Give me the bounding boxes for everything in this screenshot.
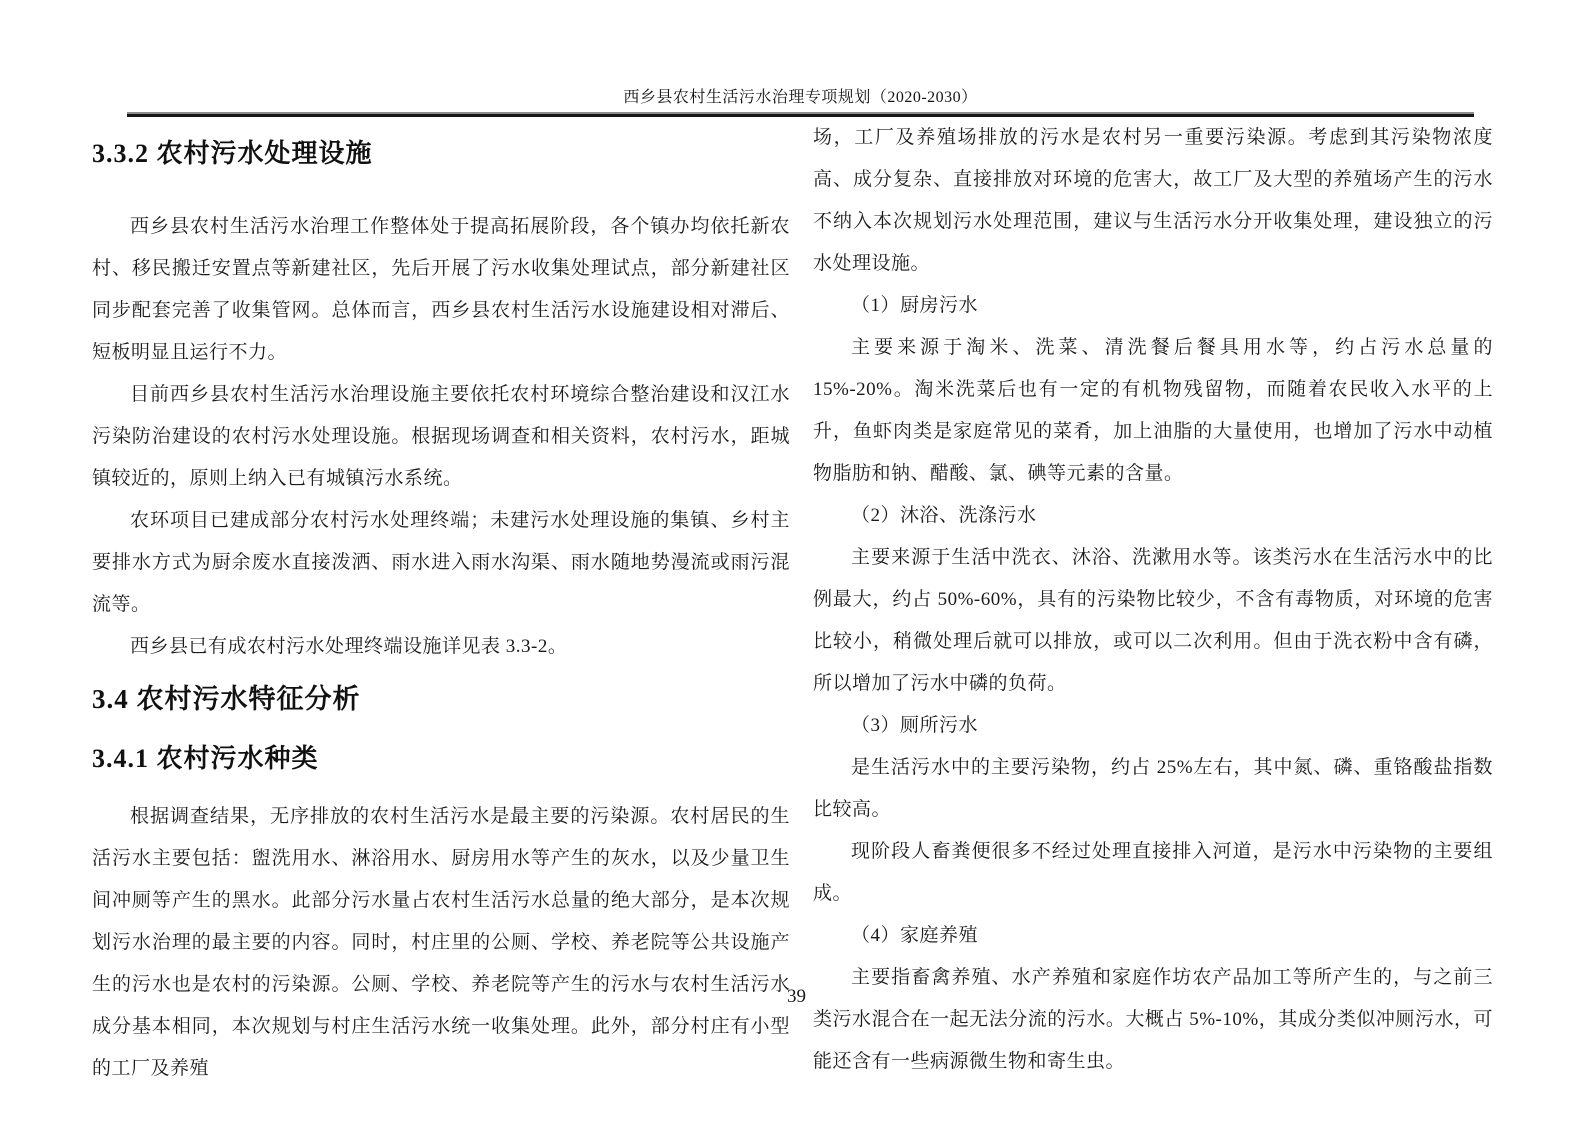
list-item-3-body-a: 是生活污水中的主要污染物，约占 25%左右，其中氮、磷、重铬酸盐指数比较高。 xyxy=(813,747,1493,831)
left-paragraph-4: 西乡县已有成农村污水处理终端设施详见表 3.3-2。 xyxy=(92,626,790,668)
list-item-1-title: （1）厨房污水 xyxy=(813,285,1493,327)
list-item-3-title: （3）厕所污水 xyxy=(813,705,1493,747)
left-paragraph-1: 西乡县农村生活污水治理工作整体处于提高拓展阶段，各个镇办均依托新农村、移民搬迁安… xyxy=(92,206,790,374)
list-item-1-body: 主要来源于淘米、洗菜、清洗餐后餐具用水等，约占污水总量的 15%-20%。淘米洗… xyxy=(813,327,1493,495)
left-paragraph-5: 根据调查结果，无序排放的农村生活污水是最主要的污染源。农村居民的生活污水主要包括… xyxy=(92,796,790,1090)
list-item-3-body-b: 现阶段人畜粪便很多不经过处理直接排入河道，是污水中污染物的主要组成。 xyxy=(813,831,1493,915)
document-page: 西乡县农村生活污水治理专项规划（2020-2030） 3.3.2 农村污水处理设… xyxy=(0,0,1587,1122)
page-number: 39 xyxy=(787,986,806,1008)
list-item-2-body: 主要来源于生活中洗衣、沐浴、洗漱用水等。该类污水在生活污水中的比例最大，约占 5… xyxy=(813,537,1493,705)
heading-3-4: 3.4 农村污水特征分析 xyxy=(92,682,790,716)
right-column: 场，工厂及养殖场排放的污水是农村另一重要污染源。考虑到其污染物浓度高、成分复杂、… xyxy=(813,117,1493,1083)
list-item-2-title: （2）沐浴、洗涤污水 xyxy=(813,495,1493,537)
running-header: 西乡县农村生活污水治理专项规划（2020-2030） xyxy=(127,84,1474,117)
left-paragraph-2: 目前西乡县农村生活污水治理设施主要依托农村环境综合整治建设和汉江水污染防治建设的… xyxy=(92,374,790,500)
left-paragraph-3: 农环项目已建成部分农村污水处理终端；未建污水处理设施的集镇、乡村主要排水方式为厨… xyxy=(92,500,790,626)
list-item-4-title: （4）家庭养殖 xyxy=(813,915,1493,957)
header-title: 西乡县农村生活污水治理专项规划（2020-2030） xyxy=(127,84,1474,107)
right-paragraph-continuation: 场，工厂及养殖场排放的污水是农村另一重要污染源。考虑到其污染物浓度高、成分复杂、… xyxy=(813,117,1493,285)
list-item-4-body: 主要指畜禽养殖、水产养殖和家庭作坊农产品加工等所产生的，与之前三类污水混合在一起… xyxy=(813,957,1493,1083)
heading-3-3-2: 3.3.2 农村污水处理设施 xyxy=(92,138,790,170)
heading-3-4-1: 3.4.1 农村污水种类 xyxy=(92,742,790,776)
left-column: 3.3.2 农村污水处理设施 西乡县农村生活污水治理工作整体处于提高拓展阶段，各… xyxy=(92,138,790,1090)
